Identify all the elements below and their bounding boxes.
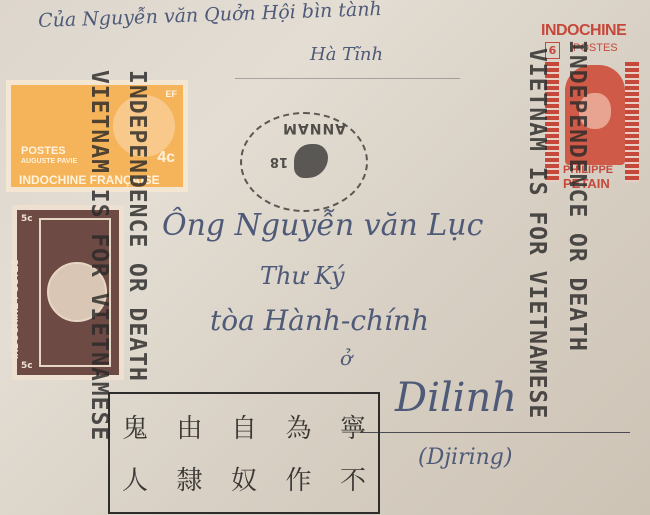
stamp-value: 4c: [157, 149, 175, 167]
address-line-6: (Djiring): [418, 445, 512, 470]
stamp-country: INDOCHINE: [541, 22, 626, 40]
address-line-2: Thư Ký: [260, 262, 345, 290]
chop-row-1: 寧 為 自 由 鬼: [122, 408, 366, 445]
postmark-day: 18: [270, 154, 288, 169]
stamp-value-bottom: 5c: [21, 361, 33, 371]
right-pillar: [625, 62, 639, 182]
stamp-postes: POSTES: [21, 145, 66, 157]
address-line-4: ở: [340, 346, 352, 370]
cancel-right-2: VIETNAM IS FOR VIETNAMESE: [524, 48, 550, 419]
stamp-value-top: 5c: [21, 214, 33, 224]
cancel-left-1: INDEPENDENCE OR DEATH: [124, 70, 150, 382]
cancel-right-1: INDEPENDENCE OR DEATH: [564, 40, 590, 352]
chinese-slogan-chop: 寧 為 自 由 鬼 不 作 奴 隸 人: [108, 392, 380, 514]
address-underline: [360, 432, 630, 433]
stamp-country: INDOCHINE·POSTES: [10, 259, 21, 359]
sender-line-2: Hà Tĩnh: [310, 44, 383, 65]
address-line-5: Dilinh: [395, 375, 517, 421]
postmark: ANNAM 18: [240, 112, 368, 212]
cancel-left-2: VIETNAM IS FOR VIETNAMESE: [86, 70, 112, 441]
stamp-mark: EF: [165, 89, 177, 99]
address-line-1: Ông Nguyễn văn Lục: [162, 208, 483, 243]
stamp-subject: AUGUSTE PAVIE: [21, 158, 77, 165]
ink-blot: [294, 144, 328, 178]
sender-line-1: Của Nguyễn văn Quởn Hội bìn tành: [38, 0, 382, 32]
sender-underline: [235, 78, 460, 79]
address-line-3: tòa Hành-chính: [210, 304, 429, 337]
postmark-town: ANNAM: [282, 120, 346, 136]
red-indicia-stamp: INDOCHINE 6 POSTES PHILIPPE PETAIN: [537, 10, 645, 190]
envelope: Của Nguyễn văn Quởn Hội bìn tành Hà Tĩnh…: [0, 0, 650, 515]
chop-row-2: 不 作 奴 隸 人: [122, 460, 366, 497]
